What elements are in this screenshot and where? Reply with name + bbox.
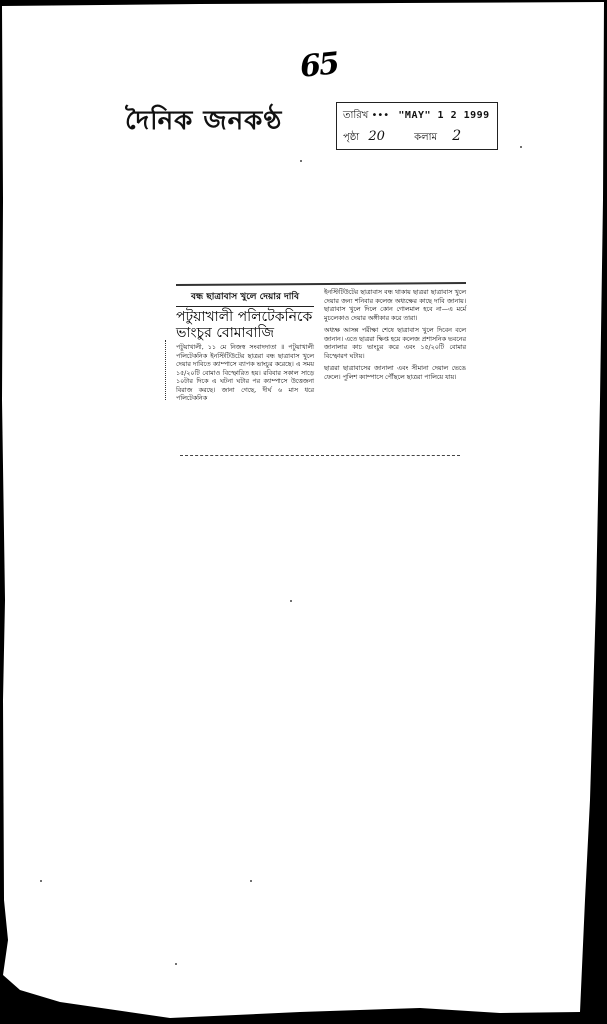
stamp-date-label: তারিখ ••• <box>343 110 389 121</box>
article-right-column: ইনস্টিটিউটের ছাত্রাবাস বন্ধ থাকায় ছাত্র… <box>324 289 466 386</box>
margin-marks <box>165 340 168 400</box>
article-kicker: বন্ধ ছাত্রাবাস খুলে দেয়ার দাবি <box>176 289 314 307</box>
stamp-date-row: তারিখ ••• "MAY" 1 2 1999 <box>343 108 490 125</box>
archive-date-stamp: তারিখ ••• "MAY" 1 2 1999 পৃষ্ঠা 20 কলাম … <box>336 102 498 150</box>
scan-speck <box>520 146 522 148</box>
article-body-right-para3: ছাত্ররা ছাত্রাবাসের জানালা এবং সীমানা দে… <box>324 365 466 382</box>
stamp-date-value: "MAY" 1 2 1999 <box>398 110 489 121</box>
newspaper-masthead: দৈনিক জনকণ্ঠ <box>125 100 282 144</box>
stamp-page-value: 20 <box>368 129 385 144</box>
scan-speck <box>40 880 42 882</box>
stamp-column-value: 2 <box>452 128 461 144</box>
article-headline-line1: পটুয়াখালী পলিটেকনিকে <box>176 309 314 325</box>
stamp-column-label: কলাম <box>414 132 437 143</box>
news-clipping: বন্ধ ছাত্রাবাস খুলে দেয়ার দাবি পটুয়াখা… <box>176 283 466 423</box>
scan-speck <box>300 160 302 162</box>
handwritten-page-number: 65 <box>298 46 339 85</box>
article-body-right-para2: অধ্যক্ষ আসন্ন পরীক্ষা শেষে ছাত্রাবাস খুল… <box>324 327 466 361</box>
scan-speck <box>175 963 177 965</box>
scan-speck <box>290 600 292 602</box>
clipping-bottom-rule <box>180 455 460 457</box>
scanned-paper-sheet: 65 দৈনিক জনকণ্ঠ তারিখ ••• "MAY" 1 2 1999… <box>0 0 607 1024</box>
scan-speck <box>250 880 252 882</box>
clipping-top-rule <box>176 282 466 286</box>
stamp-page-row: পৃষ্ঠা 20 কলাম 2 <box>343 128 461 147</box>
stamp-page-label: পৃষ্ঠা <box>343 132 359 143</box>
article-headline-line2: ভাংচুর বোমাবাজি <box>176 325 314 341</box>
article-left-column: বন্ধ ছাত্রাবাস খুলে দেয়ার দাবি পটুয়াখা… <box>176 289 314 404</box>
article-body-left: পটুয়াখালী, ১১ মে নিজস্ব সংবাদদাতা ॥ পটু… <box>176 344 314 404</box>
article-body-right-para1: ইনস্টিটিউটের ছাত্রাবাস বন্ধ থাকায় ছাত্র… <box>324 289 466 323</box>
